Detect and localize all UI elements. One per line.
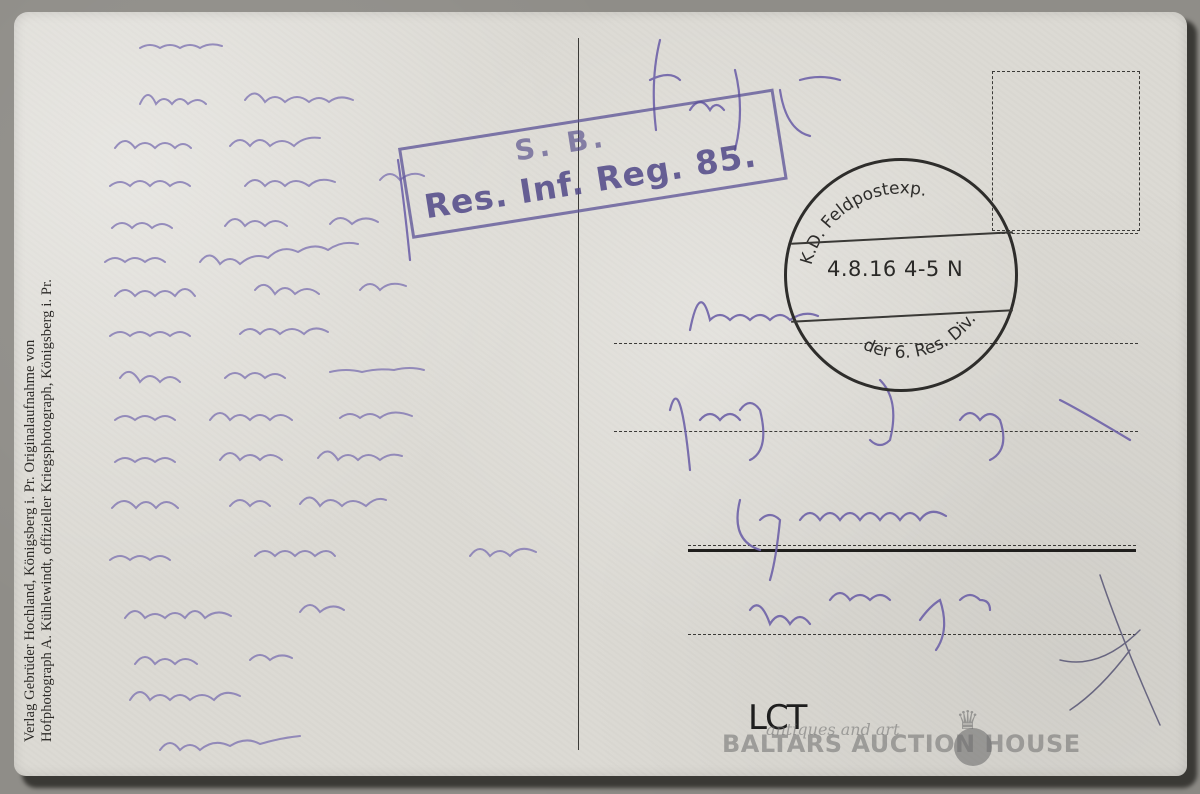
publisher-line-2: Hofphotograph A. Kühlewindt, offizieller… [39, 42, 56, 742]
field-post-postmark: K.D. Feldpostexp. der 6. Res. Div. 4.8.1… [784, 158, 1018, 392]
postmark-date: 4.8.16 4-5 N [827, 257, 963, 281]
publisher-imprint: Verlag Gebrüder Hochland, Königsberg i. … [22, 42, 56, 742]
address-line-4 [688, 634, 1136, 635]
postmark-top-arc: K.D. Feldpostexp. [797, 178, 929, 267]
address-line-3 [688, 545, 1136, 546]
address-line-solid [688, 549, 1136, 552]
watermark-name: BALTARS AUCTION HOUSE [722, 730, 1081, 758]
publisher-line-1: Verlag Gebrüder Hochland, Königsberg i. … [22, 42, 39, 742]
address-line-2 [614, 431, 1138, 432]
svg-text:K.D. Feldpostexp.: K.D. Feldpostexp. [797, 178, 929, 267]
auction-house-watermark: ♛ antiques and art BALTARS AUCTION HOUSE [722, 720, 1122, 780]
